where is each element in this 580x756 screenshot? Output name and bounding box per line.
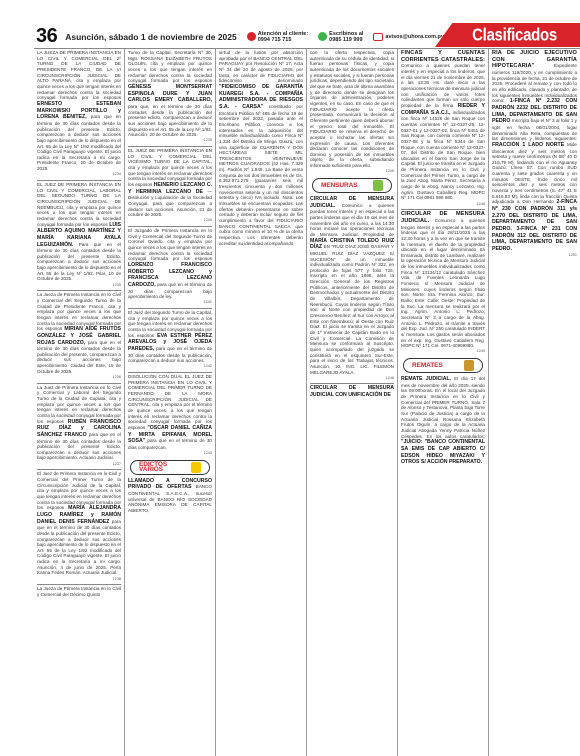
divider [128,226,212,227]
classified-ad: CIRCULAR DE MENSURA JUDICIAL. Comunico a… [310,196,394,382]
divider [37,584,121,585]
ad-code: 1249 [401,349,485,355]
classified-ad: El Juez del Segundo Turno de la Capital,… [128,310,212,370]
column-4: con la oferta respectiva, copia autentic… [307,49,398,756]
classified-ad: CIRCULAR DE MENSURA JUDICIAL CON UNIFICA… [310,385,394,398]
ad-names: "JUICIO: "BANCO CONTINENTAL SA EMIS DE C… [401,439,485,465]
classified-ad: La Jueza de Primera Instancia en lo Civi… [37,292,121,380]
ad-text: El Juzgado de Primera Instancia en lo Ci… [128,228,212,261]
classifieds-columns: LA JUEZA DE PRIMERA INSTANCIA EN LO CIVI… [34,48,580,756]
ad-code: 1248 [401,202,485,208]
ad-code: 1237 [37,462,121,468]
ad-code: 1236 [37,375,121,381]
column-3: virtud de la fusión por absorción aproba… [216,49,307,756]
ad-text: Comunico a quienes puedan tener interés … [401,63,485,108]
ad-text: EL JUEZ DE PRIMERA INSTANCIA EN LO CIVIL… [37,182,121,227]
divider [128,146,212,147]
classified-ad: EL JUEZ DE PRIMERA INSTANCIA EN LO CIVIL… [37,182,121,288]
issue-date: Asunción, sábado 1 de noviembre de 2025 [65,32,236,42]
ad-text: Comunico a quienes tengan interés y en e… [401,218,485,348]
category-label: REMATES [412,363,443,369]
ad-code: 1246 [310,376,394,382]
divider [37,290,121,291]
ad-text: Turno de la Capital, Secretaría Nº 30, M… [128,50,212,83]
ad-text: individualizados con finca Nº 14526 de S… [401,110,485,201]
ad-code: 1242 [128,364,212,370]
category-header-edictos-varios: EDICTOS VARIOS [130,460,210,475]
column-2: Turno de la Capital, Secretaría Nº 30, M… [125,49,216,756]
classified-ad: La Jueza de Primera Instancia en lo Civi… [37,586,121,597]
page-number: 36 [36,25,57,48]
ad-code: 1241 [128,300,212,306]
newspaper-page: 36 Asunción, sábado 1 de noviembre de 20… [0,0,580,756]
email-contact: avisos@uhora.com.py [373,33,444,41]
classified-ad: con la oferta respectiva, copia autentic… [310,50,394,175]
classified-ad: LA JUEZA DE PRIMERA INSTANCIA EN LO CIVI… [37,50,121,178]
classified-ad: DISOLUCIÓN CON DUAL EL JUEZ DE PRIMERA I… [128,374,212,457]
ad-title: REMATE JUDICIAL. [401,376,451,382]
divider [128,308,212,309]
category-label: MENSURAS [321,183,357,189]
classified-ad: virtud de la fusión por absorción aproba… [219,50,303,246]
ad-text: LA JUEZA DE PRIMERA INSTANCIA EN LO CIVI… [37,50,121,100]
ad-names: GÉNESIS MONTSERRAT ESPINOLA DURE Y JUAN … [128,84,212,103]
classified-ad: La Juez de Primera Instancia en lo Civil… [37,385,121,468]
ad-names: FRACCIÓN 1 LADO NORTE [492,142,564,148]
divider [401,209,485,210]
ad-code: 1234 [37,172,121,178]
classified-ad: RIA DE JUICIO EJECUTIVO CON GARANTÍA HIP… [492,50,577,259]
whatsapp-icon [318,32,327,41]
classified-ad: Turno de la Capital, Secretaría Nº 30, M… [128,50,212,144]
ad-text: virtud de la fusión por absorción aproba… [219,50,303,83]
ad-text: DISOLUCIÓN CON DUAL EL JUEZ DE PRIMERA I… [128,374,212,430]
ad-code: 1251 [492,253,577,259]
ad-text: EN "RUIZ DÍAZ JOSÉ GASPAR Y MIGUEL RUIZ … [310,244,394,374]
divider [37,180,121,181]
column-1: LA JUEZA DE PRIMERA INSTANCIA EN LO CIVI… [34,49,125,756]
divider [37,383,121,384]
category-header-mensuras: MENSURAS [312,178,392,193]
ad-text: Mide doscientos diez y seis metros con s… [492,142,577,205]
ad-text: para que en término de 30 días contados … [37,114,121,171]
section-title: Clasificados [472,25,557,45]
category-header-remates: REMATES [403,358,483,373]
ad-text: El día 17 del mes de noviembre del año 2… [401,376,485,439]
ad-text: Para que en el término de 30 días contad… [37,242,121,282]
ad-title: CIRCULAR DE MENSURA JUDICIAL CON UNIFICA… [310,385,394,398]
gavel-icon [464,360,474,371]
ad-code: 1243 [128,451,212,457]
classified-ad: EL JUEZ DE PRIMERA INSTANCIA EN LO CIVIL… [128,148,212,224]
ad-code: 1235 [37,283,121,289]
surveys-icon [373,180,383,191]
classified-ad: REMATE JUDICIAL. El día 17 del mes de no… [401,376,485,466]
ad-text: para que, en el término de 30 días conta… [128,104,212,137]
mail-icon [373,33,383,41]
divider [128,372,212,373]
whatsapp-contact: Escribinos al0985 119 999 [318,31,363,43]
ad-text: La Jueza de Primera Instancia en lo Civi… [37,586,121,597]
classified-ad: El Juzgado de Primera Instancia en lo Ci… [128,228,212,306]
section-banner: Clasificados [435,23,580,47]
contact-email: avisos@uhora.com.py [385,34,444,40]
classified-ad: FINCAS Y CUENTAS CORRIENTES CATASTRALES:… [401,50,485,207]
left-margin [0,48,34,756]
ad-text: constituido por Escritura Pública Nº 485… [219,104,303,246]
contact-phone: 0994 715 715 [258,37,292,43]
classified-ad: El Juez de Primera Instancia en lo Civil… [37,471,121,582]
customer-service-contact: Atención al cliente:0994 715 715 [247,31,308,43]
column-6: RIA DE JUICIO EJECUTIVO CON GARANTÍA HIP… [489,49,580,756]
ad-code: 1239 [128,138,212,144]
ad-code: 1245 [310,169,394,175]
classified-ad: LLAMADO A CONCURSO PRIVADO DE OFERTAS BA… [128,478,212,514]
contact-whatsapp: 0985 119 999 [329,37,362,43]
column-5: FINCAS Y CUENTAS CORRIENTES CATASTRALES:… [398,49,489,756]
ad-title: FINCAS Y CUENTAS CORRIENTES CATASTRALES: [401,50,485,63]
phone-icon [247,32,256,41]
ad-code: 1238 [37,577,121,583]
ad-text: Expediente números 119/2020, y en cumpli… [492,63,577,103]
ad-text: para que en el término de 30 días contad… [37,519,121,576]
classified-ad: CIRCULAR DE MENSURA JUDICIAL. Comunico a… [401,211,485,355]
divider [310,383,394,384]
ad-text: con la oferta respectiva, copia autentic… [310,50,394,168]
divider [37,469,121,470]
ad-code: 1240 [128,218,212,224]
edicts-icon [191,462,201,473]
category-label: EDICTOS VARIOS [139,462,191,473]
